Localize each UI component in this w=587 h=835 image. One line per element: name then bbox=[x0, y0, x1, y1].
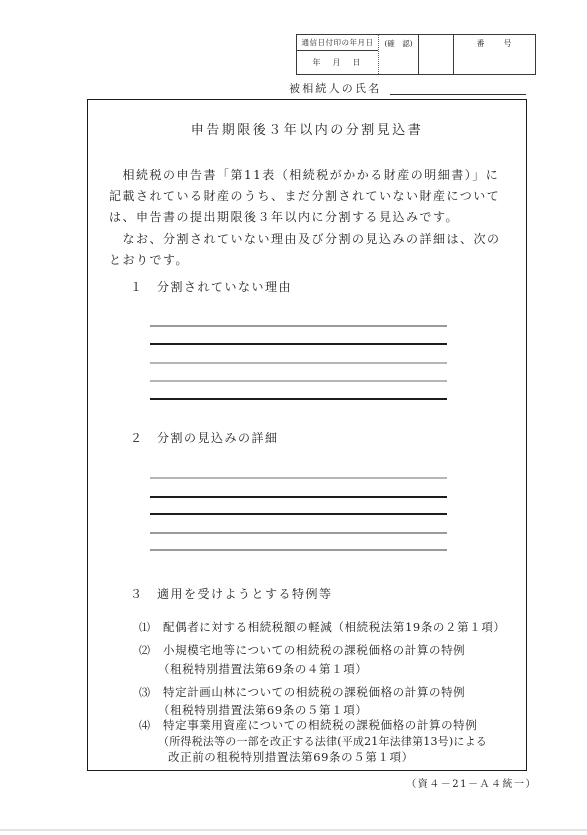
section3-heading: 適用を受けようとする特例等 bbox=[157, 585, 333, 602]
special-item4-number: ⑷ bbox=[139, 717, 151, 733]
special-item1-number: ⑴ bbox=[139, 619, 151, 635]
special-item2-text: 小規模宅地等についての相続税の課税価格の計算の特例 bbox=[163, 642, 465, 658]
stamp-date-cell: 通信日付印の年月日 年 月 日 bbox=[297, 35, 379, 74]
body-paragraph2-line: なお、分割されていない理由及び分割の見込みの詳細は、次の bbox=[109, 230, 501, 247]
section1-blank-line bbox=[150, 343, 447, 345]
decedent-name-label: 被相続人の氏名 bbox=[289, 80, 381, 96]
section2-blank-line bbox=[150, 513, 447, 515]
special-item4-subtext: 改正前の租税特別措置法第69条の５第１項） bbox=[168, 749, 414, 765]
special-item2-subtext: （租税特別措置法第69条の４第１項） bbox=[158, 661, 367, 677]
section1-blank-line bbox=[150, 398, 447, 400]
stamp-date-placeholder: 年 月 日 bbox=[297, 51, 378, 74]
stamp-empty-cell bbox=[419, 35, 454, 74]
stamp-confirm-cell: (確 認) bbox=[379, 35, 419, 74]
special-item3-text: 特定計画山林についての相続税の課税価格の計算の特例 bbox=[163, 684, 465, 700]
section1-heading: 分割されていない理由 bbox=[157, 278, 292, 295]
section2-blank-line bbox=[150, 532, 447, 534]
form-title: 申告期限後３年以内の分割見込書 bbox=[87, 119, 527, 138]
special-item4-text: 特定事業用資産についての相続税の課税価格の計算の特例 bbox=[163, 717, 477, 733]
special-item3-number: ⑶ bbox=[139, 684, 151, 700]
section2-heading: 分割の見込みの詳細 bbox=[157, 429, 279, 446]
section1-number: １ bbox=[130, 278, 144, 295]
section3-number: ３ bbox=[130, 585, 144, 602]
section1-blank-line bbox=[150, 325, 447, 327]
stamp-date-label: 通信日付印の年月日 bbox=[297, 35, 378, 51]
stamp-number-label: 番 号 bbox=[477, 39, 513, 48]
body-paragraph2-line: とおりです。 bbox=[109, 251, 189, 268]
section2-blank-line bbox=[150, 496, 447, 498]
special-item4-subtext: （所得税法等の一部を改正する法律(平成21年法律第13号)による bbox=[158, 733, 487, 749]
stamp-confirm-label: (確 認) bbox=[384, 39, 412, 48]
stamp-number-cell: 番 号 bbox=[454, 35, 535, 74]
stamp-table: 通信日付印の年月日 年 月 日 (確 認) 番 号 bbox=[296, 34, 536, 75]
body-paragraph1-line: 相続税の申告書「第11表（相続税がかかる財産の明細書）」に bbox=[109, 166, 499, 183]
form-code: （資４－21－Ａ４統一） bbox=[287, 775, 537, 790]
section2-number: ２ bbox=[130, 429, 144, 446]
body-paragraph1-line: は、申告書の提出期限後３年以内に分割する見込みです。 bbox=[109, 208, 459, 225]
body-paragraph1-line: 記載されている財産のうち、まだ分割されていない財産について bbox=[109, 187, 500, 204]
section2-blank-line bbox=[150, 549, 447, 551]
special-item3-subtext: （租税特別措置法第69条の５第１項） bbox=[158, 702, 367, 718]
decedent-name-fill-line bbox=[390, 94, 526, 95]
document-page: 通信日付印の年月日 年 月 日 (確 認) 番 号 被相続人の氏名 申告期限後３… bbox=[0, 0, 587, 835]
page-bottom-edge bbox=[0, 829, 587, 831]
special-item1-text: 配偶者に対する相続税額の軽減（相続税法第19条の２第１項） bbox=[163, 619, 506, 635]
special-item2-number: ⑵ bbox=[139, 642, 151, 658]
section2-blank-line bbox=[150, 477, 447, 479]
section1-blank-line bbox=[150, 362, 447, 364]
section1-blank-line bbox=[150, 380, 447, 382]
